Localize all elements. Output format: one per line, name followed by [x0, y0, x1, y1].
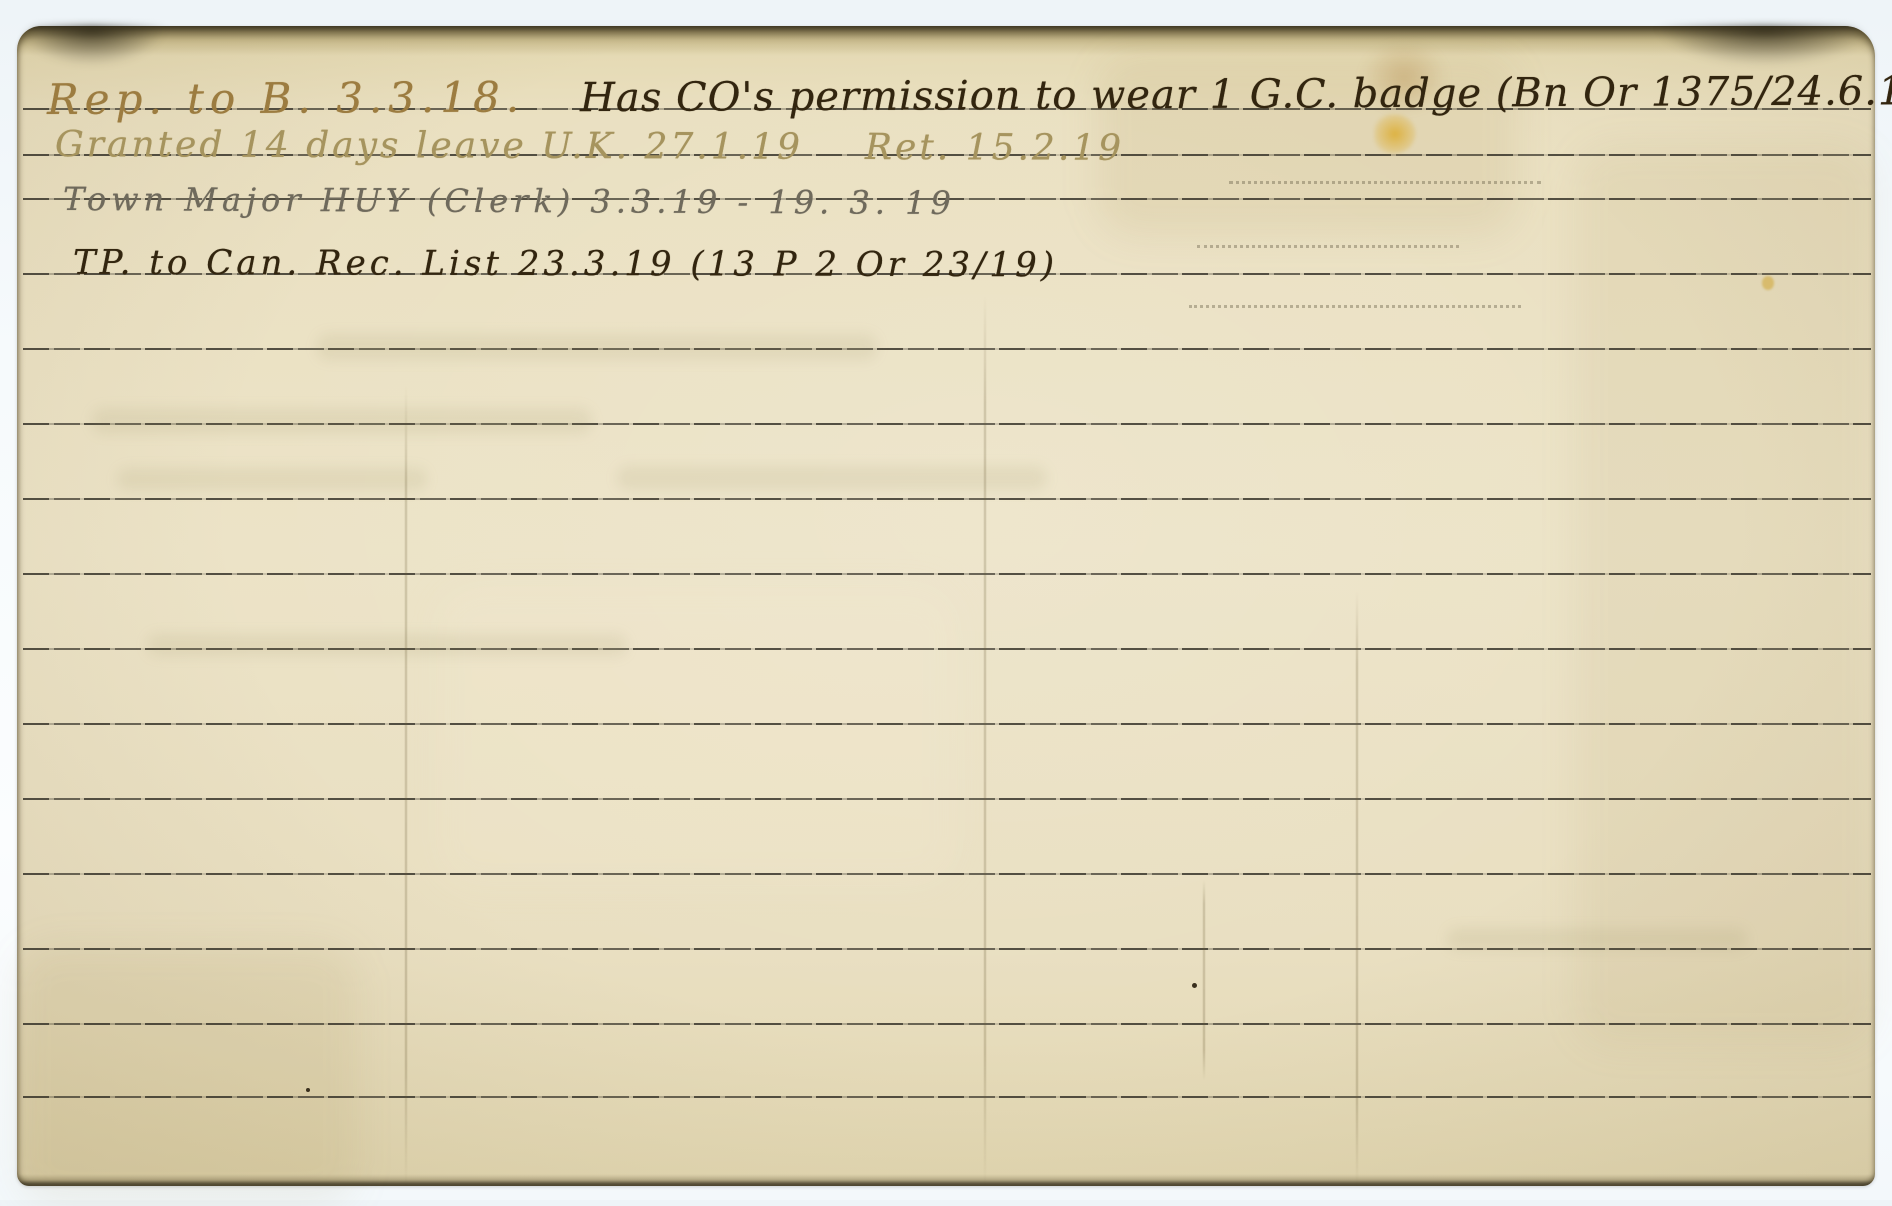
card-bottom-edge [17, 1174, 1875, 1186]
entry-1-report-note: Rep. to B. 3.3.18. [47, 72, 525, 124]
entry-3-posting-note: Town Major HUY (Clerk) 3.3.19 - 19. 3. 1… [63, 180, 956, 222]
handwritten-entry-1: Rep. to B. 3.3.18. Has CO's permission t… [47, 65, 1892, 124]
handwritten-entry-3: Town Major HUY (Clerk) 3.3.19 - 19. 3. 1… [63, 180, 956, 222]
handwritten-entry-2: Granted 14 days leave U.K. 27.1.19 Ret. … [55, 124, 1124, 169]
scanned-index-card: Rep. to B. 3.3.18. Has CO's permission t… [17, 26, 1875, 1186]
entry-2-leave-note: Granted 14 days leave U.K. 27.1.19 [55, 124, 803, 168]
entry-2-return-note: Ret. 15.2.19 [865, 127, 1124, 169]
scanner-background: { "card": { "entries": [ { "segments": [… [0, 0, 1892, 1200]
card-top-edge [17, 26, 1875, 56]
entry-4-records-note: TP. to Can. Rec. List 23.3.19 (13 P 2 Or… [73, 243, 1058, 286]
card-corner-shadow [1655, 26, 1875, 66]
entry-1-permission-note: Has CO's permission to wear 1 G.C. badge… [580, 68, 1892, 121]
handwritten-entry-4: TP. to Can. Rec. List 23.3.19 (13 P 2 Or… [73, 243, 1058, 286]
handwriting-layer: Rep. to B. 3.3.18. Has CO's permission t… [17, 26, 1875, 1186]
card-corner-shadow [17, 26, 167, 66]
